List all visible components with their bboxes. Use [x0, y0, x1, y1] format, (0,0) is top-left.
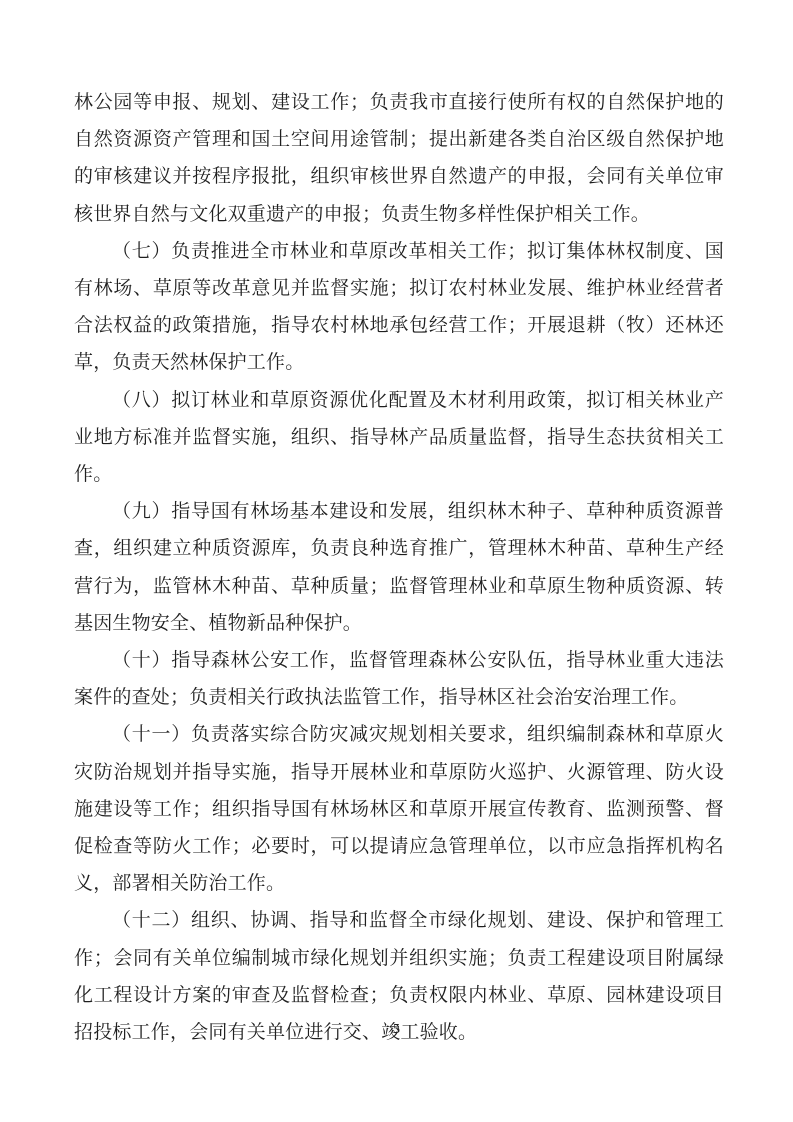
page-footer: 5 — [0, 1020, 793, 1038]
document-page: 林公园等申报、规划、建设工作；负责我市直接行使所有权的自然保护地的自然资源资产管… — [0, 0, 793, 1122]
paragraph-item-9: （九）指导国有林场基本建设和发展，组织林木种子、草种种质资源普查，组织建立种质资… — [74, 493, 724, 642]
paragraph-item-10: （十）指导森林公安工作，监督管理森林公安队伍，指导林业重大违法案件的查处；负责相… — [74, 642, 724, 716]
paragraph-item-7: （七）负责推进全市林业和草原改革相关工作；拟订集体林权制度、国有林场、草原等改革… — [74, 233, 724, 382]
document-body: 林公园等申报、规划、建设工作；负责我市直接行使所有权的自然保护地的自然资源资产管… — [74, 84, 724, 1051]
paragraph-continuation: 林公园等申报、规划、建设工作；负责我市直接行使所有权的自然保护地的自然资源资产管… — [74, 84, 724, 233]
paragraph-item-8: （八）拟订林业和草原资源优化配置及木材利用政策，拟订相关林业产业地方标准并监督实… — [74, 382, 724, 494]
paragraph-item-11: （十一）负责落实综合防灾减灾规划相关要求，组织编制森林和草原火灾防治规划并指导实… — [74, 716, 724, 902]
page-number: 5 — [393, 1022, 400, 1037]
